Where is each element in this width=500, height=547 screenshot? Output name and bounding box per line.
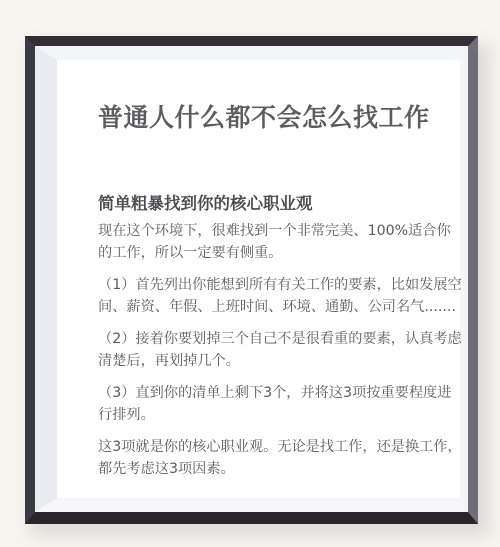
- paragraph-step-3: （3）直到你的清单上剩下3个，并将这3项按重要程度进行排列。: [98, 382, 463, 426]
- paragraph-step-1: （1）首先列出你能想到所有有关工作的要素，比如发展空间、薪资、年假、上班时间、环…: [98, 274, 463, 318]
- article-body: 现在这个环境下，很难找到一个非常完美、100%适合你的工作，所以一定要有侧重。 …: [98, 220, 463, 490]
- section-heading: 简单粗暴找到你的核心职业观: [98, 190, 313, 214]
- picture-frame: 普通人什么都不会怎么找工作 简单粗暴找到你的核心职业观 现在这个环境下，很难找到…: [25, 36, 478, 524]
- page-title: 普通人什么都不会怎么找工作: [98, 98, 430, 134]
- paper-card: 普通人什么都不会怎么找工作 简单粗暴找到你的核心职业观 现在这个环境下，很难找到…: [57, 60, 460, 498]
- paragraph-step-2: （2）接着你要划掉三个自己不是很看重的要素，认真考虑清楚后，再划掉几个。: [98, 328, 463, 372]
- paragraph-conclusion: 这3项就是你的核心职业观。无论是找工作，还是换工作，都先考虑这3项因素。: [98, 436, 463, 480]
- paragraph-intro: 现在这个环境下，很难找到一个非常完美、100%适合你的工作，所以一定要有侧重。: [98, 220, 463, 264]
